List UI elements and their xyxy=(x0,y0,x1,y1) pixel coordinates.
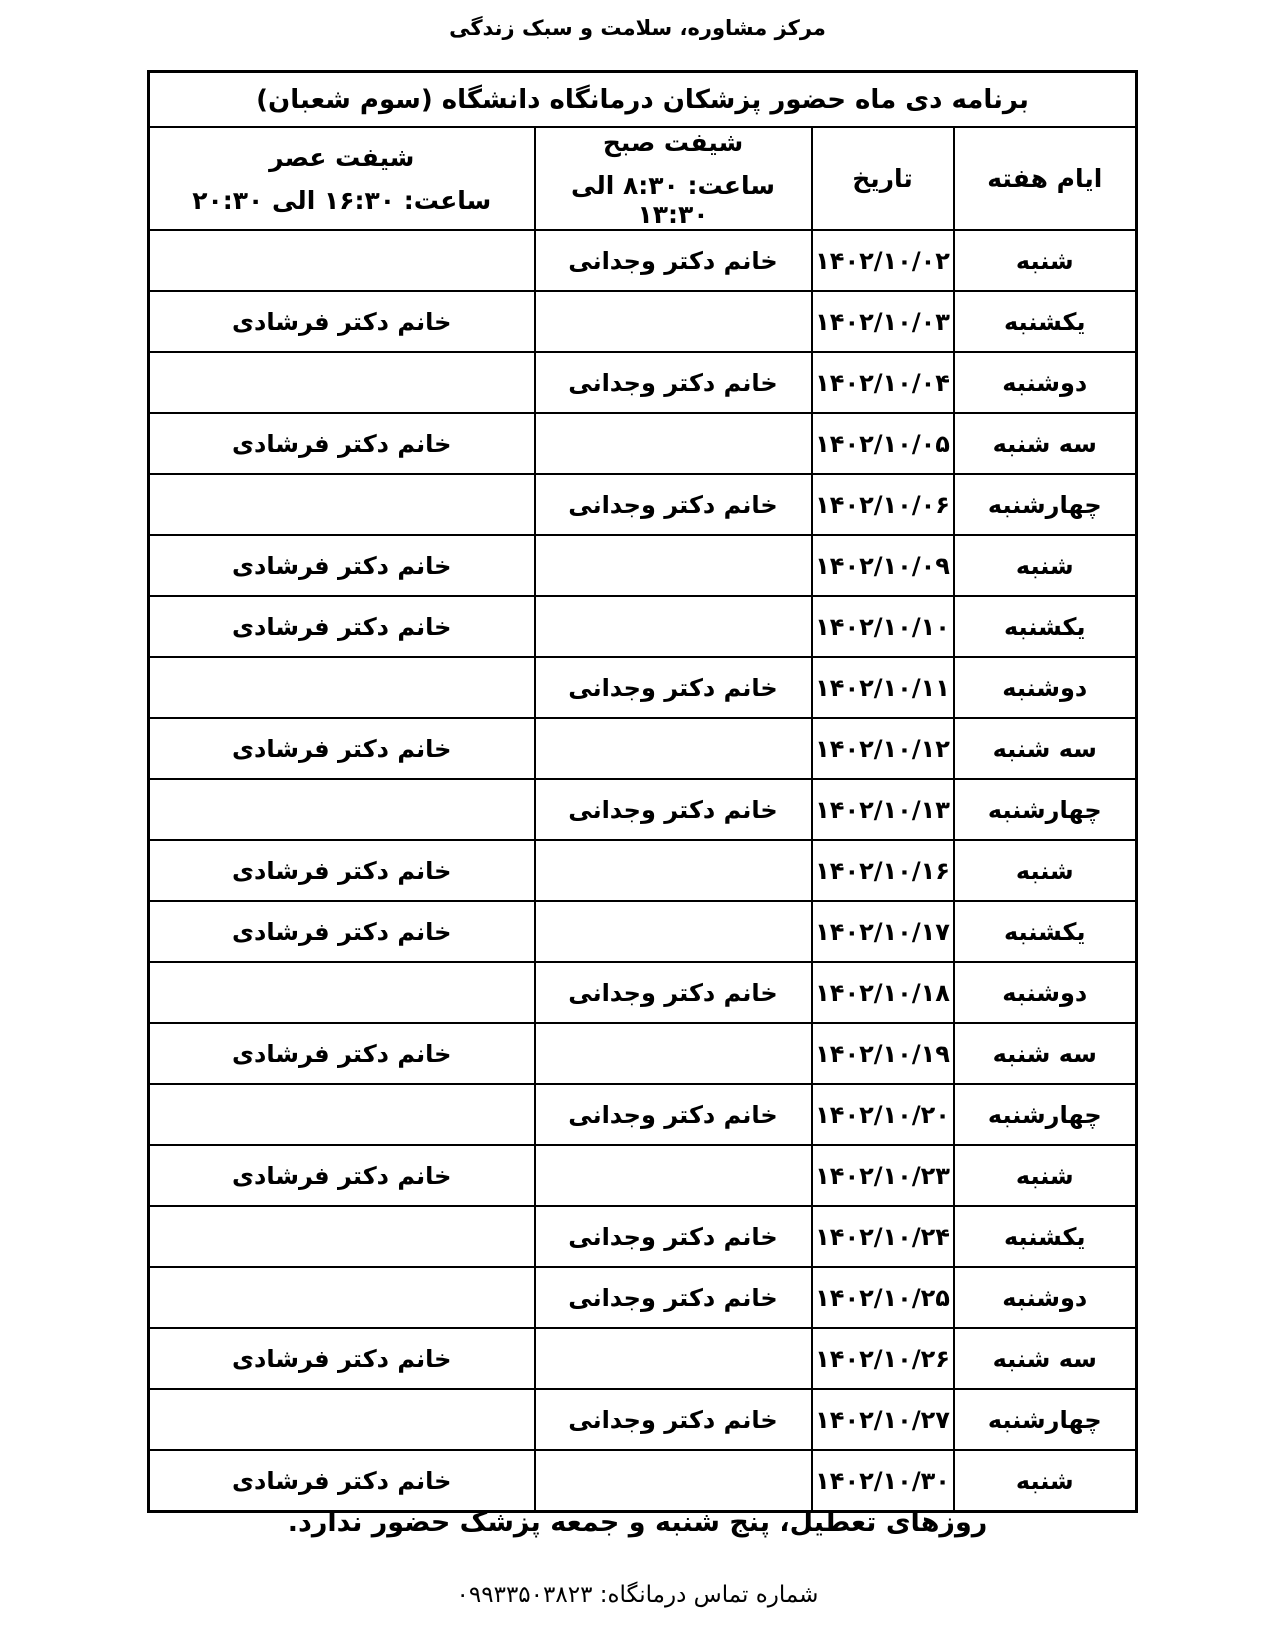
evening-doctor-cell xyxy=(149,1206,535,1267)
date-cell: ۱۴۰۲/۱۰/۲۳ xyxy=(812,1145,954,1206)
evening-doctor-cell: خانم دکتر فرشادی xyxy=(149,291,535,352)
header-date: تاریخ xyxy=(812,127,954,230)
document-page: مرکز مشاوره، سلامت و سبک زندگی برنامه دی… xyxy=(0,0,1275,1650)
day-cell: یکشنبه xyxy=(954,901,1137,962)
schedule-row: دوشنبه۱۴۰۲/۱۰/۰۴خانم دکتر وجدانی xyxy=(149,352,1137,413)
day-cell: شنبه xyxy=(954,1145,1137,1206)
date-cell: ۱۴۰۲/۱۰/۲۰ xyxy=(812,1084,954,1145)
evening-doctor-cell: خانم دکتر فرشادی xyxy=(149,718,535,779)
day-cell: شنبه xyxy=(954,230,1137,291)
header-evening-shift: شیفت عصر ساعت: ۱۶:۳۰ الی ۲۰:۳۰ xyxy=(149,127,535,230)
morning-doctor-cell: خانم دکتر وجدانی xyxy=(535,230,812,291)
day-cell: شنبه xyxy=(954,840,1137,901)
day-cell: یکشنبه xyxy=(954,596,1137,657)
schedule-table: برنامه دی ماه حضور پزشکان درمانگاه دانشگ… xyxy=(147,70,1138,1513)
schedule-row: چهارشنبه۱۴۰۲/۱۰/۰۶خانم دکتر وجدانی xyxy=(149,474,1137,535)
schedule-row: یکشنبه۱۴۰۲/۱۰/۲۴خانم دکتر وجدانی xyxy=(149,1206,1137,1267)
day-cell: چهارشنبه xyxy=(954,1084,1137,1145)
evening-doctor-cell xyxy=(149,474,535,535)
schedule-row: یکشنبه۱۴۰۲/۱۰/۰۳خانم دکتر فرشادی xyxy=(149,291,1137,352)
evening-doctor-cell xyxy=(149,352,535,413)
date-cell: ۱۴۰۲/۱۰/۰۲ xyxy=(812,230,954,291)
date-cell: ۱۴۰۲/۱۰/۰۳ xyxy=(812,291,954,352)
evening-doctor-cell: خانم دکتر فرشادی xyxy=(149,840,535,901)
schedule-row: چهارشنبه۱۴۰۲/۱۰/۲۷خانم دکتر وجدانی xyxy=(149,1389,1137,1450)
morning-doctor-cell xyxy=(535,1145,812,1206)
morning-doctor-cell: خانم دکتر وجدانی xyxy=(535,1389,812,1450)
date-cell: ۱۴۰۲/۱۰/۱۶ xyxy=(812,840,954,901)
schedule-row: چهارشنبه۱۴۰۲/۱۰/۱۳خانم دکتر وجدانی xyxy=(149,779,1137,840)
schedule-row: سه شنبه۱۴۰۲/۱۰/۱۲خانم دکتر فرشادی xyxy=(149,718,1137,779)
morning-doctor-cell: خانم دکتر وجدانی xyxy=(535,1084,812,1145)
date-cell: ۱۴۰۲/۱۰/۱۳ xyxy=(812,779,954,840)
schedule-row: دوشنبه۱۴۰۲/۱۰/۱۸خانم دکتر وجدانی xyxy=(149,962,1137,1023)
day-cell: چهارشنبه xyxy=(954,474,1137,535)
day-cell: یکشنبه xyxy=(954,291,1137,352)
day-cell: دوشنبه xyxy=(954,1267,1137,1328)
morning-doctor-cell xyxy=(535,413,812,474)
date-cell: ۱۴۰۲/۱۰/۱۹ xyxy=(812,1023,954,1084)
day-cell: دوشنبه xyxy=(954,962,1137,1023)
date-cell: ۱۴۰۲/۱۰/۰۴ xyxy=(812,352,954,413)
date-cell: ۱۴۰۲/۱۰/۱۲ xyxy=(812,718,954,779)
morning-doctor-cell: خانم دکتر وجدانی xyxy=(535,1267,812,1328)
day-cell: چهارشنبه xyxy=(954,1389,1137,1450)
evening-doctor-cell xyxy=(149,1389,535,1450)
schedule-row: شنبه۱۴۰۲/۱۰/۱۶خانم دکتر فرشادی xyxy=(149,840,1137,901)
day-cell: چهارشنبه xyxy=(954,779,1137,840)
evening-doctor-cell: خانم دکتر فرشادی xyxy=(149,1450,535,1512)
org-title: مرکز مشاوره، سلامت و سبک زندگی xyxy=(0,16,1275,40)
schedule-row: دوشنبه۱۴۰۲/۱۰/۱۱خانم دکتر وجدانی xyxy=(149,657,1137,718)
morning-doctor-cell: خانم دکتر وجدانی xyxy=(535,962,812,1023)
schedule-head: برنامه دی ماه حضور پزشکان درمانگاه دانشگ… xyxy=(149,72,1137,231)
column-header-row: ایام هفته تاریخ شیفت صبح ساعت: ۸:۳۰ الی … xyxy=(149,127,1137,230)
clinic-phone: شماره تماس درمانگاه: ۰۹۹۳۳۵۰۳۸۲۳ xyxy=(0,1582,1275,1608)
evening-doctor-cell xyxy=(149,962,535,1023)
evening-doctor-cell: خانم دکتر فرشادی xyxy=(149,901,535,962)
schedule-row: شنبه۱۴۰۲/۱۰/۰۲خانم دکتر وجدانی xyxy=(149,230,1137,291)
date-cell: ۱۴۰۲/۱۰/۱۱ xyxy=(812,657,954,718)
schedule-row: شنبه۱۴۰۲/۱۰/۲۳خانم دکتر فرشادی xyxy=(149,1145,1137,1206)
morning-doctor-cell xyxy=(535,1023,812,1084)
morning-doctor-cell xyxy=(535,535,812,596)
day-cell: دوشنبه xyxy=(954,352,1137,413)
schedule-row: یکشنبه۱۴۰۲/۱۰/۱۷خانم دکتر فرشادی xyxy=(149,901,1137,962)
schedule-row: سه شنبه۱۴۰۲/۱۰/۱۹خانم دکتر فرشادی xyxy=(149,1023,1137,1084)
evening-doctor-cell: خانم دکتر فرشادی xyxy=(149,1023,535,1084)
table-title-row: برنامه دی ماه حضور پزشکان درمانگاه دانشگ… xyxy=(149,72,1137,128)
morning-doctor-cell xyxy=(535,840,812,901)
schedule-row: شنبه۱۴۰۲/۱۰/۰۹خانم دکتر فرشادی xyxy=(149,535,1137,596)
morning-doctor-cell: خانم دکتر وجدانی xyxy=(535,474,812,535)
schedule-row: شنبه۱۴۰۲/۱۰/۳۰خانم دکتر فرشادی xyxy=(149,1450,1137,1512)
morning-doctor-cell xyxy=(535,718,812,779)
date-cell: ۱۴۰۲/۱۰/۱۷ xyxy=(812,901,954,962)
header-morning-shift: شیفت صبح ساعت: ۸:۳۰ الی ۱۳:۳۰ xyxy=(535,127,812,230)
day-cell: سه شنبه xyxy=(954,413,1137,474)
morning-doctor-cell xyxy=(535,596,812,657)
schedule-row: یکشنبه۱۴۰۲/۱۰/۱۰خانم دکتر فرشادی xyxy=(149,596,1137,657)
schedule-row: چهارشنبه۱۴۰۲/۱۰/۲۰خانم دکتر وجدانی xyxy=(149,1084,1137,1145)
morning-doctor-cell: خانم دکتر وجدانی xyxy=(535,1206,812,1267)
date-cell: ۱۴۰۲/۱۰/۰۹ xyxy=(812,535,954,596)
date-cell: ۱۴۰۲/۱۰/۰۶ xyxy=(812,474,954,535)
evening-doctor-cell xyxy=(149,657,535,718)
evening-doctor-cell xyxy=(149,230,535,291)
day-cell: سه شنبه xyxy=(954,1023,1137,1084)
evening-shift-title: شیفت عصر xyxy=(150,143,534,172)
date-cell: ۱۴۰۲/۱۰/۲۷ xyxy=(812,1389,954,1450)
schedule-row: سه شنبه۱۴۰۲/۱۰/۰۵خانم دکتر فرشادی xyxy=(149,413,1137,474)
schedule-row: سه شنبه۱۴۰۲/۱۰/۲۶خانم دکتر فرشادی xyxy=(149,1328,1137,1389)
morning-shift-title: شیفت صبح xyxy=(536,128,811,157)
morning-doctor-cell: خانم دکتر وجدانی xyxy=(535,352,812,413)
evening-doctor-cell xyxy=(149,779,535,840)
day-cell: یکشنبه xyxy=(954,1206,1137,1267)
date-cell: ۱۴۰۲/۱۰/۱۰ xyxy=(812,596,954,657)
evening-doctor-cell xyxy=(149,1267,535,1328)
table-title: برنامه دی ماه حضور پزشکان درمانگاه دانشگ… xyxy=(149,72,1137,128)
morning-doctor-cell xyxy=(535,1450,812,1512)
morning-doctor-cell: خانم دکتر وجدانی xyxy=(535,779,812,840)
date-cell: ۱۴۰۲/۱۰/۱۸ xyxy=(812,962,954,1023)
morning-doctor-cell xyxy=(535,901,812,962)
day-cell: شنبه xyxy=(954,1450,1137,1512)
morning-doctor-cell: خانم دکتر وجدانی xyxy=(535,657,812,718)
evening-doctor-cell: خانم دکتر فرشادی xyxy=(149,596,535,657)
holiday-note: روزهای تعطیل، پنج شنبه و جمعه پزشک حضور … xyxy=(0,1507,1275,1538)
evening-doctor-cell: خانم دکتر فرشادی xyxy=(149,1328,535,1389)
morning-doctor-cell xyxy=(535,291,812,352)
header-day: ایام هفته xyxy=(954,127,1137,230)
day-cell: سه شنبه xyxy=(954,1328,1137,1389)
evening-doctor-cell: خانم دکتر فرشادی xyxy=(149,535,535,596)
schedule-row: دوشنبه۱۴۰۲/۱۰/۲۵خانم دکتر وجدانی xyxy=(149,1267,1137,1328)
day-cell: شنبه xyxy=(954,535,1137,596)
evening-shift-hours: ساعت: ۱۶:۳۰ الی ۲۰:۳۰ xyxy=(150,186,534,215)
morning-doctor-cell xyxy=(535,1328,812,1389)
morning-shift-hours: ساعت: ۸:۳۰ الی ۱۳:۳۰ xyxy=(536,171,811,229)
date-cell: ۱۴۰۲/۱۰/۳۰ xyxy=(812,1450,954,1512)
schedule-body: شنبه۱۴۰۲/۱۰/۰۲خانم دکتر وجدانییکشنبه۱۴۰۲… xyxy=(149,230,1137,1512)
date-cell: ۱۴۰۲/۱۰/۲۴ xyxy=(812,1206,954,1267)
evening-doctor-cell: خانم دکتر فرشادی xyxy=(149,413,535,474)
date-cell: ۱۴۰۲/۱۰/۰۵ xyxy=(812,413,954,474)
evening-doctor-cell xyxy=(149,1084,535,1145)
date-cell: ۱۴۰۲/۱۰/۲۵ xyxy=(812,1267,954,1328)
day-cell: سه شنبه xyxy=(954,718,1137,779)
day-cell: دوشنبه xyxy=(954,657,1137,718)
date-cell: ۱۴۰۲/۱۰/۲۶ xyxy=(812,1328,954,1389)
evening-doctor-cell: خانم دکتر فرشادی xyxy=(149,1145,535,1206)
